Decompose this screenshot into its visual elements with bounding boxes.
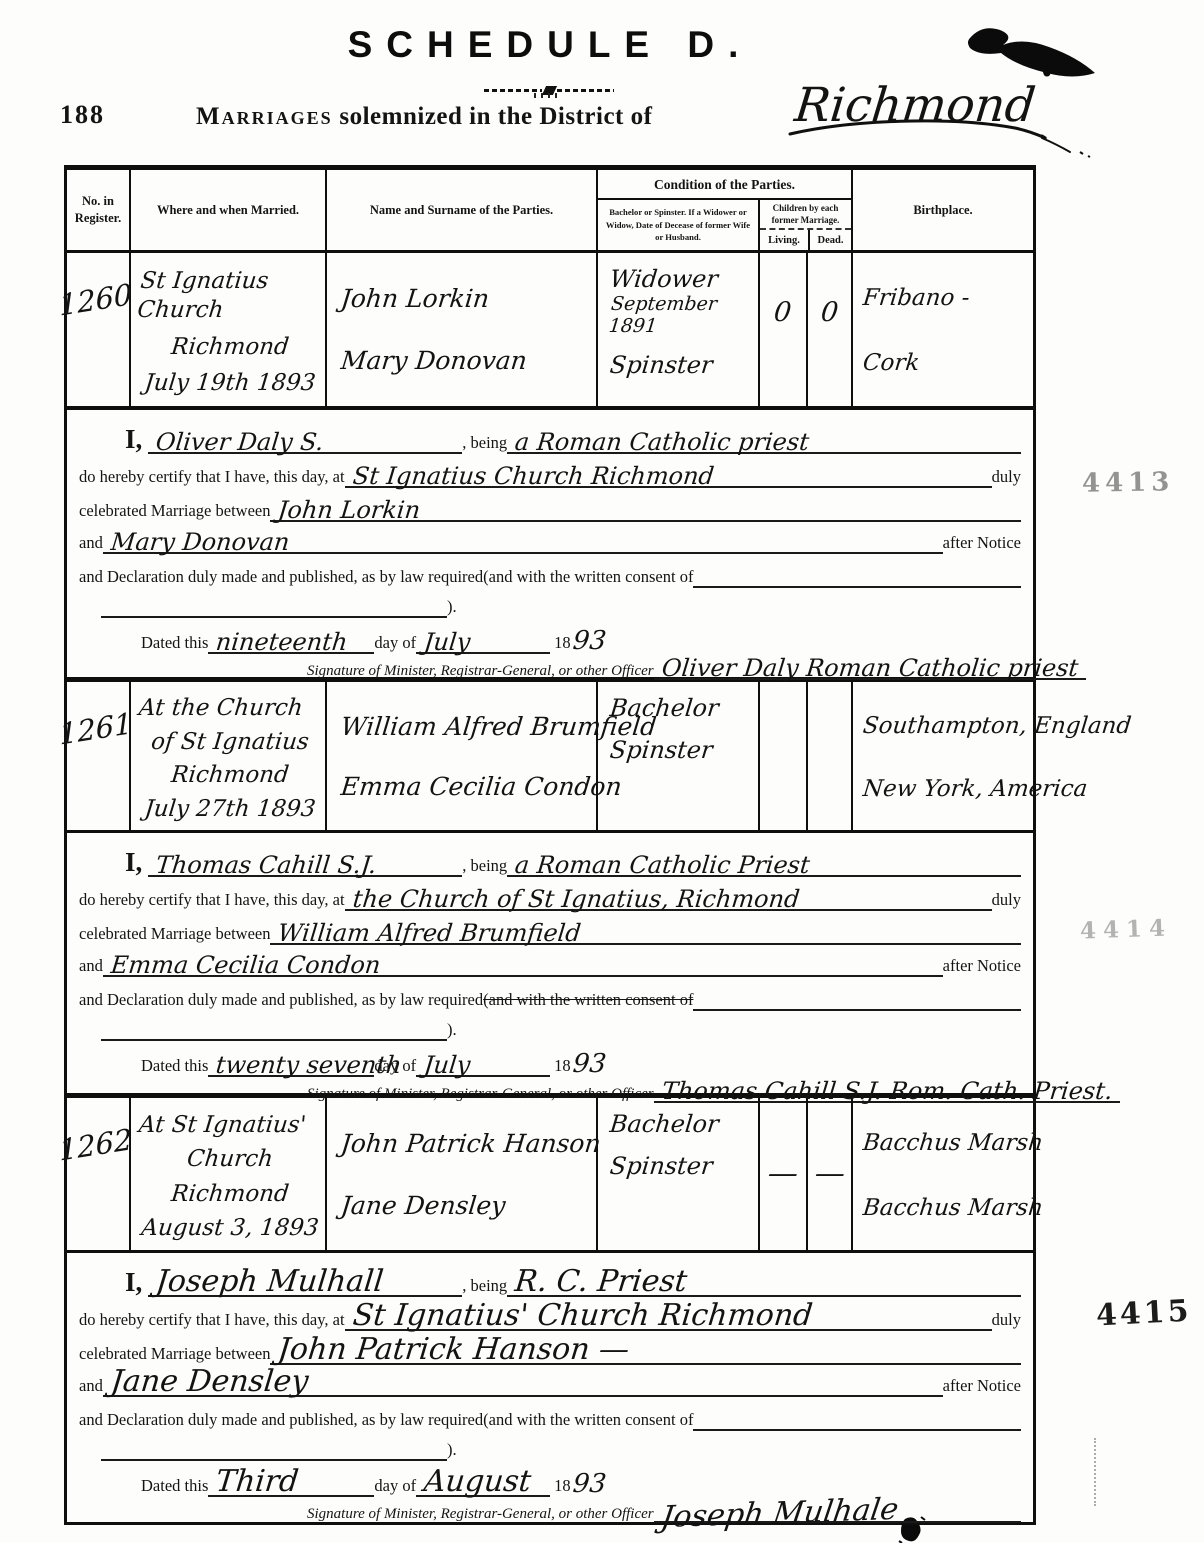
label-close-paren: ).	[447, 1020, 457, 1041]
blank-consent	[693, 1009, 1021, 1011]
cell-where-when: St Ignatius Church Richmond July 19th 18…	[131, 253, 327, 406]
blank-party1: John Lorkin	[270, 496, 1021, 522]
condition-party1: Bachelor	[601, 694, 756, 722]
label-year-prefix: 18	[554, 633, 571, 654]
blank-month: July	[416, 1051, 550, 1077]
label-consent: (and with the written consent of	[483, 1410, 693, 1431]
heading-marriages: Marriages	[196, 103, 333, 130]
scanned-marriage-register-page: SCHEDULE D. 188 Marriages solemnized in …	[0, 0, 1204, 1543]
where-line: August 3, 1893	[137, 1214, 322, 1243]
minister-signature: Joseph Mulhale	[658, 1492, 900, 1535]
cell-condition: Widower September 1891 Spinster	[598, 253, 760, 406]
dated-year: 93	[571, 1049, 607, 1079]
label-dated: Dated this	[141, 1056, 208, 1077]
header-dead: Dead.	[808, 230, 851, 250]
blank-party1: John Patrick Hanson —	[270, 1332, 1021, 1365]
minister-signature: Oliver Daly Roman Catholic priest	[660, 654, 1079, 682]
divider-dash-right	[557, 89, 615, 92]
birthplace-party2: Bacchus Marsh	[862, 1195, 1045, 1221]
children-living-value: —	[765, 1142, 802, 1205]
blank-place: St Ignatius' Church Richmond	[345, 1298, 992, 1331]
margin-stamp-4413: 4413	[1082, 467, 1175, 499]
label-certify: do hereby certify that I have, this day,…	[79, 890, 345, 911]
condition-party1: Widower	[601, 265, 756, 293]
certificate-1261: I, Thomas Cahill S.J. , being a Roman Ca…	[67, 833, 1033, 1098]
margin-stamp-4415: 4415	[1095, 1294, 1192, 1334]
dated-day: nineteenth	[215, 628, 349, 656]
label-after-notice: after Notice	[943, 956, 1021, 977]
header-birthplace: Birthplace.	[853, 170, 1033, 250]
label-and: and	[79, 533, 103, 554]
certificate-1262: I, Joseph Mulhall , being R. C. Priest d…	[67, 1253, 1033, 1522]
cell-register-number: 1260	[67, 253, 131, 406]
header-where-when: Where and when Married.	[131, 170, 327, 250]
label-day-of: day of	[374, 633, 416, 654]
register-row-1262: 1262 At St Ignatius' Church Richmond Aug…	[67, 1098, 1033, 1253]
label-i: I,	[125, 1269, 142, 1297]
dated-day: twenty seventh	[215, 1051, 403, 1079]
label-being: , being	[462, 856, 507, 877]
cell-children-dead	[808, 682, 853, 830]
where-line: of St Ignatius	[137, 728, 322, 757]
label-declaration: and Declaration duly made and published,…	[79, 1410, 483, 1431]
minister-title: a Roman Catholic Priest	[514, 851, 812, 879]
where-line: July 27th 1893	[137, 795, 322, 824]
party2-name: Emma Cecilia Condon	[109, 951, 381, 979]
dated-month: July	[423, 628, 472, 656]
minister-name: Joseph Mulhall	[154, 1264, 385, 1299]
cell-children-living: —	[760, 1098, 808, 1250]
cell-children-living	[760, 682, 808, 830]
label-celebrated: celebrated Marriage between	[79, 501, 270, 522]
marriage-place: St Ignatius' Church Richmond	[351, 1298, 814, 1333]
label-celebrated: celebrated Marriage between	[79, 924, 270, 945]
label-certify: do hereby certify that I have, this day,…	[79, 1310, 345, 1331]
cell-children-dead: 0	[808, 253, 853, 406]
cell-birthplace: Fribano - Cork	[853, 253, 1033, 406]
cell-condition: Bachelor Spinster	[598, 682, 760, 830]
label-declaration: and Declaration duly made and published,…	[79, 567, 483, 588]
label-after-notice: after Notice	[943, 1376, 1021, 1397]
label-being: , being	[462, 1276, 507, 1297]
party1-name: William Alfred Brumfield	[277, 919, 583, 947]
header-living: Living.	[760, 230, 808, 250]
blank-continuation	[101, 1039, 447, 1041]
label-i: I,	[125, 426, 142, 454]
blank-minister: Oliver Daly S.	[148, 428, 462, 454]
cell-children-dead: —	[808, 1098, 853, 1250]
cell-names: William Alfred Brumfield Emma Cecilia Co…	[327, 682, 598, 830]
label-certify: do hereby certify that I have, this day,…	[79, 467, 345, 488]
label-celebrated: celebrated Marriage between	[79, 1344, 270, 1365]
birthplace-party1: Southampton, England	[862, 713, 1133, 739]
where-line: Richmond	[137, 1180, 322, 1209]
minister-title: a Roman Catholic priest	[514, 428, 811, 456]
birthplace-party1: Fribano -	[862, 285, 1033, 311]
label-signature: Signature of Minister, Registrar-General…	[307, 1506, 654, 1523]
blank-party2: Jane Densley	[103, 1364, 943, 1397]
label-declaration: and Declaration duly made and published,…	[79, 990, 483, 1011]
header-condition: Condition of the Parties.	[598, 170, 851, 200]
cell-where-when: At the Church of St Ignatius Richmond Ju…	[131, 682, 327, 830]
page-heading: Marriages solemnized in the District of	[196, 103, 652, 131]
heading-rest: solemnized in the District of	[333, 103, 653, 130]
party2-name: Mary Donovan	[329, 346, 593, 375]
label-being: , being	[462, 433, 507, 454]
cell-register-number: 1261	[67, 682, 131, 830]
label-year-prefix: 18	[554, 1056, 571, 1077]
label-dated: Dated this	[141, 1476, 208, 1497]
where-line: St Ignatius Church	[136, 267, 324, 325]
register-number: 1261	[58, 706, 137, 836]
where-line: At St Ignatius'	[137, 1111, 322, 1140]
minister-name: Thomas Cahill S.J.	[155, 851, 378, 879]
birthplace-party2: Cork	[862, 350, 1033, 376]
condition-party2: Spinster	[601, 736, 756, 764]
dated-year: 93	[571, 626, 607, 656]
cell-names: John Lorkin Mary Donovan	[327, 253, 598, 406]
party2-name: Jane Densley	[329, 1191, 593, 1220]
register-row-1260: 1260 St Ignatius Church Richmond July 19…	[67, 253, 1033, 410]
blank-month: August	[416, 1464, 550, 1497]
label-close-paren: ).	[447, 1440, 457, 1461]
schedule-title: SCHEDULE D.	[0, 24, 1100, 66]
cell-condition: Bachelor Spinster	[598, 1098, 760, 1250]
blank-being: R. C. Priest	[507, 1264, 1021, 1297]
label-after-notice: after Notice	[943, 533, 1021, 554]
page-number: 188	[60, 100, 105, 130]
label-consent: (and with the written consent of	[483, 567, 693, 588]
party2-name: Jane Densley	[109, 1364, 310, 1399]
blank-continuation	[101, 1459, 447, 1461]
cell-birthplace: Southampton, England New York, America	[853, 682, 1133, 830]
blank-being: a Roman Catholic Priest	[507, 851, 1021, 877]
label-consent-struck: (and with the written consent of	[483, 990, 693, 1011]
children-living-value: 0	[773, 297, 793, 328]
blank-party2: Mary Donovan	[103, 528, 943, 554]
label-and: and	[79, 1376, 103, 1397]
party1-name: John Patrick Hanson —	[277, 1332, 632, 1367]
blank-day: nineteenth	[208, 628, 374, 654]
table-header: No. in Register. Where and when Married.…	[67, 170, 1033, 253]
blank-consent	[693, 586, 1021, 588]
condition-party2: Spinster	[601, 351, 756, 379]
blank-party1: William Alfred Brumfield	[270, 919, 1021, 945]
condition-party1: Bachelor	[601, 1110, 756, 1138]
blank-month: July	[416, 628, 550, 654]
blank-place: St Ignatius Church Richmond	[345, 462, 992, 488]
blank-consent	[693, 1429, 1021, 1431]
ink-blot	[952, 18, 1102, 85]
where-line: Richmond	[137, 333, 322, 362]
marriage-place: St Ignatius Church Richmond	[351, 462, 715, 490]
register-row-1261: 1261 At the Church of St Ignatius Richmo…	[67, 682, 1033, 833]
cell-birthplace: Bacchus Marsh Bacchus Marsh	[853, 1098, 1045, 1250]
children-dead-value: 0	[819, 297, 839, 328]
header-children: Children by each former Marriage.	[760, 200, 851, 230]
label-year-prefix: 18	[554, 1476, 571, 1497]
dated-year: 93	[571, 1469, 607, 1499]
where-line: Richmond	[137, 761, 322, 790]
party2-name: Mary Donovan	[109, 528, 290, 556]
label-close-paren: ).	[447, 597, 457, 618]
label-duly: duly	[992, 467, 1021, 488]
where-line: Church	[137, 1145, 322, 1174]
minister-name: Oliver Daly S.	[155, 428, 325, 456]
marriage-place: the Church of St Ignatius, Richmond	[351, 885, 800, 913]
register-number: 1262	[58, 1122, 137, 1256]
children-dead-value: —	[811, 1142, 848, 1205]
condition-party2: Spinster	[601, 1152, 756, 1180]
header-condition-sub: Bachelor or Spinster. If a Widower or Wi…	[598, 200, 760, 250]
label-day-of: day of	[374, 1476, 416, 1497]
dated-day: Third	[215, 1464, 301, 1499]
signature-flourish	[780, 112, 1110, 165]
dated-month: July	[423, 1051, 472, 1079]
marriage-register-form: No. in Register. Where and when Married.…	[64, 165, 1036, 1525]
dated-month: August	[422, 1464, 533, 1499]
party1-name: John Patrick Hanson	[329, 1129, 593, 1158]
minister-title: R. C. Priest	[513, 1264, 689, 1299]
party1-name: John Lorkin	[277, 496, 422, 524]
divider-dash-left	[484, 89, 542, 92]
where-line: At the Church	[137, 694, 322, 723]
where-line: July 19th 1893	[137, 369, 322, 398]
label-signature: Signature of Minister, Registrar-General…	[307, 663, 654, 680]
label-i: I,	[125, 849, 142, 877]
blank-place: the Church of St Ignatius, Richmond	[345, 885, 992, 911]
condition-note: September 1891	[600, 293, 757, 337]
label-duly: duly	[992, 890, 1021, 911]
divider-tick-marks	[534, 93, 560, 98]
cell-register-number: 1262	[67, 1098, 131, 1250]
label-duly: duly	[992, 1310, 1021, 1331]
blank-signature: Joseph Mulhale	[654, 1496, 1021, 1523]
cell-children-living: 0	[760, 253, 808, 406]
blank-minister: Thomas Cahill S.J.	[148, 851, 462, 877]
cell-where-when: At St Ignatius' Church Richmond August 3…	[131, 1098, 327, 1250]
party1-name: William Alfred Brumfield	[329, 712, 593, 741]
margin-stamp-4414: 4414	[1080, 914, 1173, 944]
cell-names: John Patrick Hanson Jane Densley	[327, 1098, 598, 1250]
header-condition-group: Condition of the Parties. Bachelor or Sp…	[598, 170, 853, 250]
blank-day: twenty seventh	[208, 1051, 374, 1077]
party2-name: Emma Cecilia Condon	[329, 772, 593, 801]
margin-dotted-mark	[1094, 1438, 1096, 1506]
register-number: 1260	[58, 277, 137, 412]
blank-being: a Roman Catholic priest	[507, 428, 1021, 454]
label-dated: Dated this	[141, 633, 208, 654]
blank-party2: Emma Cecilia Condon	[103, 951, 943, 977]
birthplace-party1: Bacchus Marsh	[862, 1130, 1045, 1156]
header-names: Name and Surname of the Parties.	[327, 170, 598, 250]
blank-day: Third	[208, 1464, 374, 1497]
party1-name: John Lorkin	[329, 284, 593, 313]
blank-minister: Joseph Mulhall	[148, 1264, 462, 1297]
birthplace-party2: New York, America	[862, 776, 1133, 802]
blank-continuation	[101, 616, 447, 618]
label-and: and	[79, 956, 103, 977]
certificate-1260: I, Oliver Daly S. , being a Roman Cathol…	[67, 410, 1033, 682]
header-no-in-register: No. in Register.	[67, 170, 131, 250]
blank-signature: Oliver Daly Roman Catholic priest	[654, 654, 1086, 680]
